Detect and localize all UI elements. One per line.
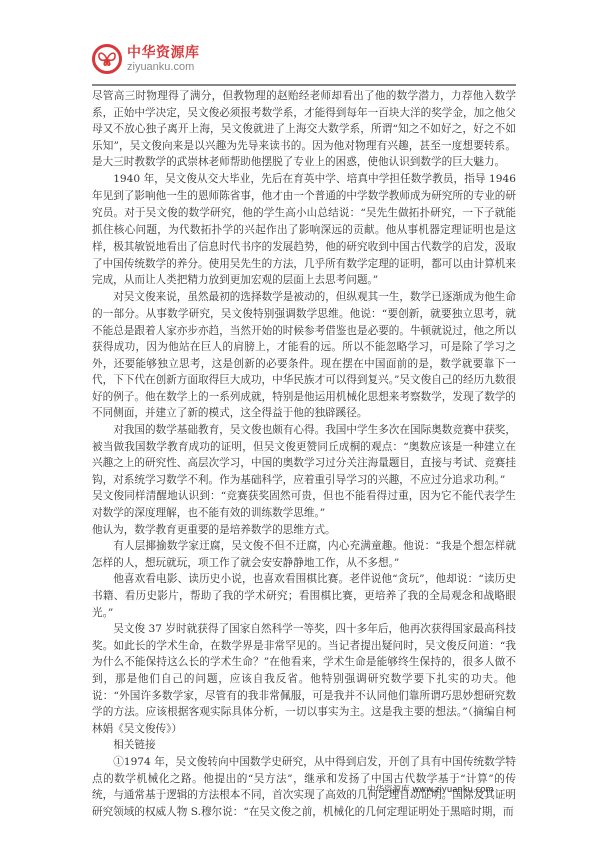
footer-watermark: 中华资源库 www.ziyuanku.com: [367, 783, 494, 795]
logo-domain: ziyuanku.com: [127, 62, 200, 73]
paragraph: 吴文俊同样清醒地认识到：“竞赛获奖固然可贵，但也不能看得过重，因为它不能代表学生…: [92, 488, 516, 521]
logo-icon: [92, 44, 122, 74]
paragraph: 对吴文俊来说，虽然最初的选择数学是被动的，但纵观其一生，数学已逐渐成为他生命的一…: [92, 289, 516, 422]
paragraph: 1940 年，吴文俊从交大毕业，先后在育英中学、培真中学担任数学教员，指导 19…: [92, 171, 516, 289]
document-body: 尽管高三时物理得了满分，但教物理的赵贻经老师却看出了他的数学潜力，力荐他入数学系…: [92, 88, 516, 820]
logo-title: 中华资源库: [127, 46, 200, 60]
site-header: 中华资源库 ziyuanku.com: [92, 42, 200, 76]
header-divider: [92, 84, 516, 86]
paragraph: 他认为，数学教育更重要的是培养数学的思维方式。: [92, 522, 516, 539]
paragraph: 有人层揶揄数学家迂腐，吴文俊不但不迂腐，内心充满童趣。他说：“我是个想怎样就怎样…: [92, 538, 516, 571]
butterfly-icon: [97, 49, 117, 69]
paragraph: 尽管高三时物理得了满分，但教物理的赵贻经老师却看出了他的数学潜力，力荐他入数学系…: [92, 88, 516, 171]
section-heading: 相关链接: [92, 737, 516, 754]
paragraph: 对我国的数学基础教育，吴文俊也颇有心得。我国中学生多次在国际奥数竞赛中获奖，被当…: [92, 422, 516, 488]
paragraph: 吴文俊 37 岁时就获得了国家自然科学一等奖，四十多年后，他再次获得国家最高科技…: [92, 621, 516, 737]
paragraph: 他喜欢看电影、读历史小说，也喜欢看围棋比赛。老伴说他“贪玩”，他却说：“读历史书…: [92, 571, 516, 621]
